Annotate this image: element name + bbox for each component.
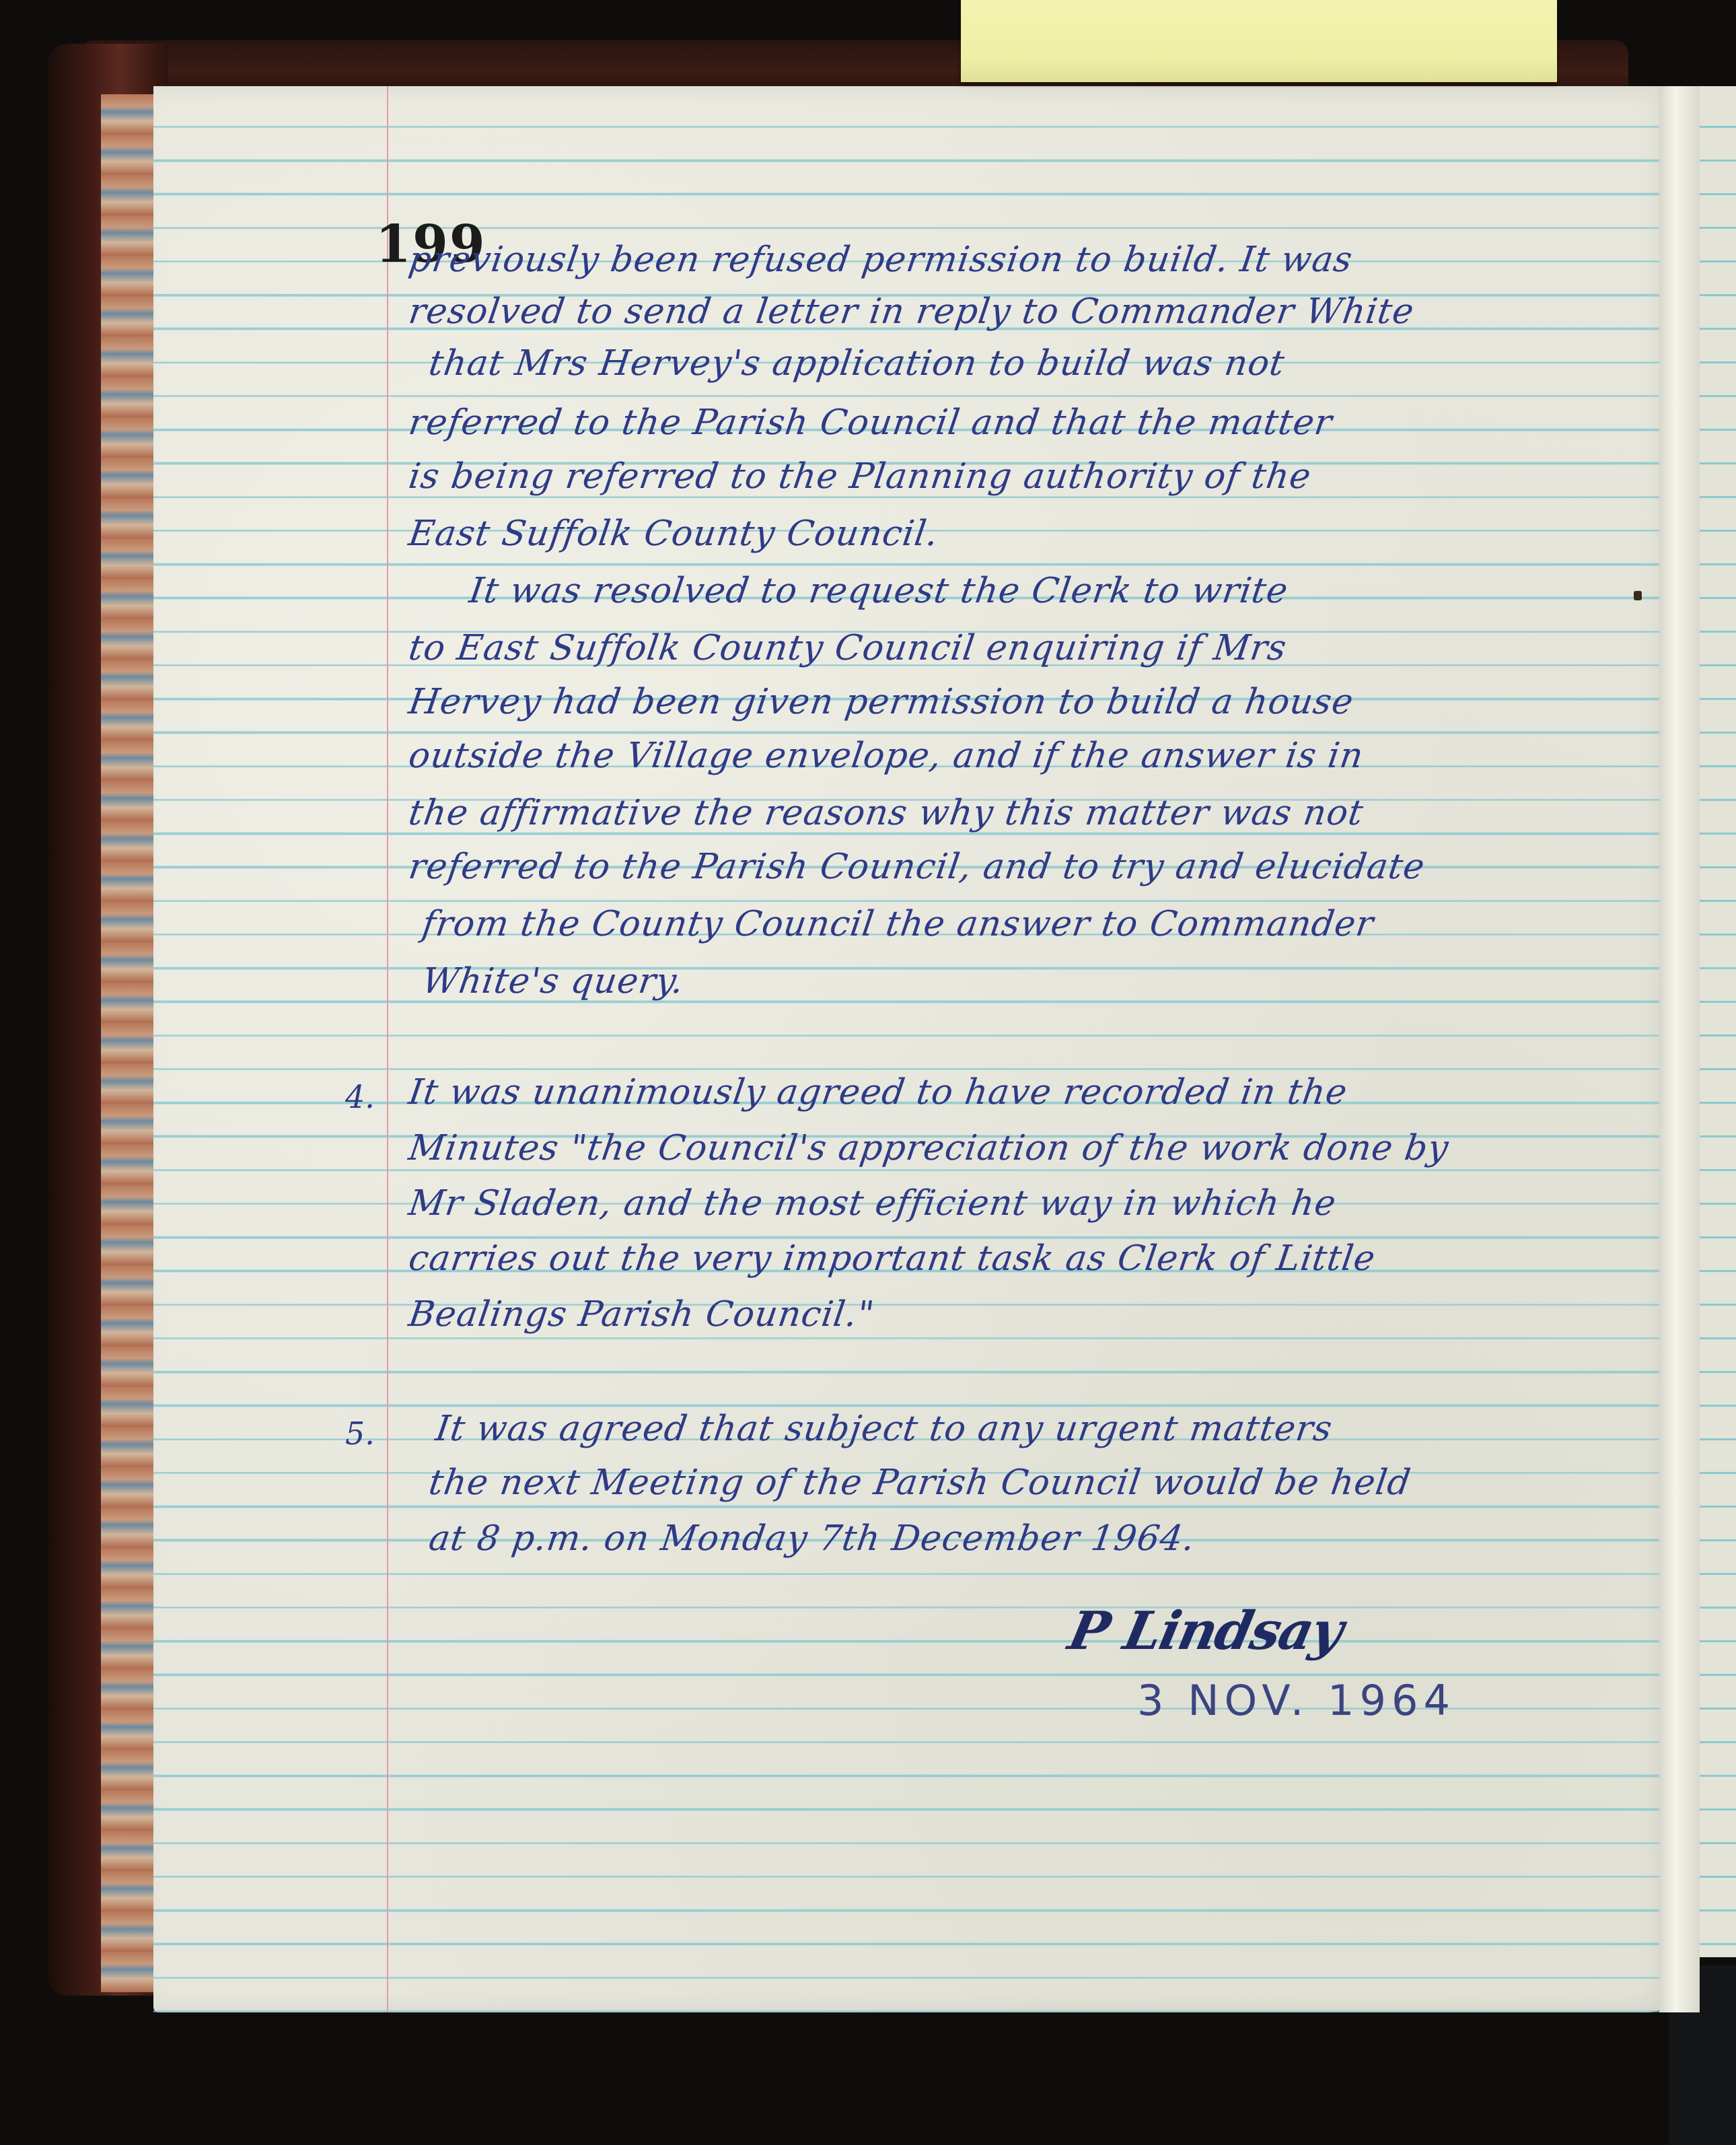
text-line: outside the Village envelope, and if the… <box>406 736 1367 776</box>
text-line: Mr Sladen, and the most efficient way in… <box>406 1183 1339 1224</box>
signature-date: 3 NOV. 1964 <box>1137 1676 1455 1725</box>
text-line: It was agreed that subject to any urgent… <box>433 1409 1335 1449</box>
red-margin-line <box>387 86 388 2012</box>
text-line: carries out the very important task as C… <box>406 1238 1378 1279</box>
text-line: Hervey had been given permission to buil… <box>406 682 1357 722</box>
text-line: at 8 p.m. on Monday 7th December 1964. <box>427 1518 1198 1559</box>
text-line: from the County Council the answer to Co… <box>420 904 1377 944</box>
chairman-signature: P Lindsay <box>1063 1601 1348 1662</box>
item-number: 5. <box>345 1415 375 1452</box>
text-line: resolved to send a letter in reply to Co… <box>406 291 1417 332</box>
page-gutter <box>1659 86 1700 2012</box>
text-line: White's query. <box>420 961 687 1001</box>
text-line: Bealings Parish Council." <box>406 1294 877 1335</box>
marbled-page-edges <box>101 94 156 1992</box>
text-line: It was unanimously agreed to have record… <box>406 1072 1350 1113</box>
text-line: that Mrs Hervey's application to build w… <box>427 343 1287 384</box>
yellow-sticky-note <box>961 0 1557 82</box>
text-line: the affirmative the reasons why this mat… <box>406 793 1366 833</box>
text-line: referred to the Parish Council, and to t… <box>406 847 1428 887</box>
text-line: East Suffolk County Council. <box>406 514 941 554</box>
text-line: previously been refused permission to bu… <box>406 240 1355 280</box>
ink-blot <box>1634 591 1642 600</box>
text-line: Minutes "the Council's appreciation of t… <box>406 1128 1451 1168</box>
text-line: the next Meeting of the Parish Council w… <box>427 1463 1414 1503</box>
item-number: 4. <box>345 1079 375 1115</box>
text-line: referred to the Parish Council and that … <box>406 402 1335 443</box>
text-line: It was resolved to request the Clerk to … <box>467 571 1291 611</box>
text-line: is being referred to the Planning author… <box>406 456 1314 497</box>
text-line: to East Suffolk County Council enquiring… <box>406 628 1289 668</box>
